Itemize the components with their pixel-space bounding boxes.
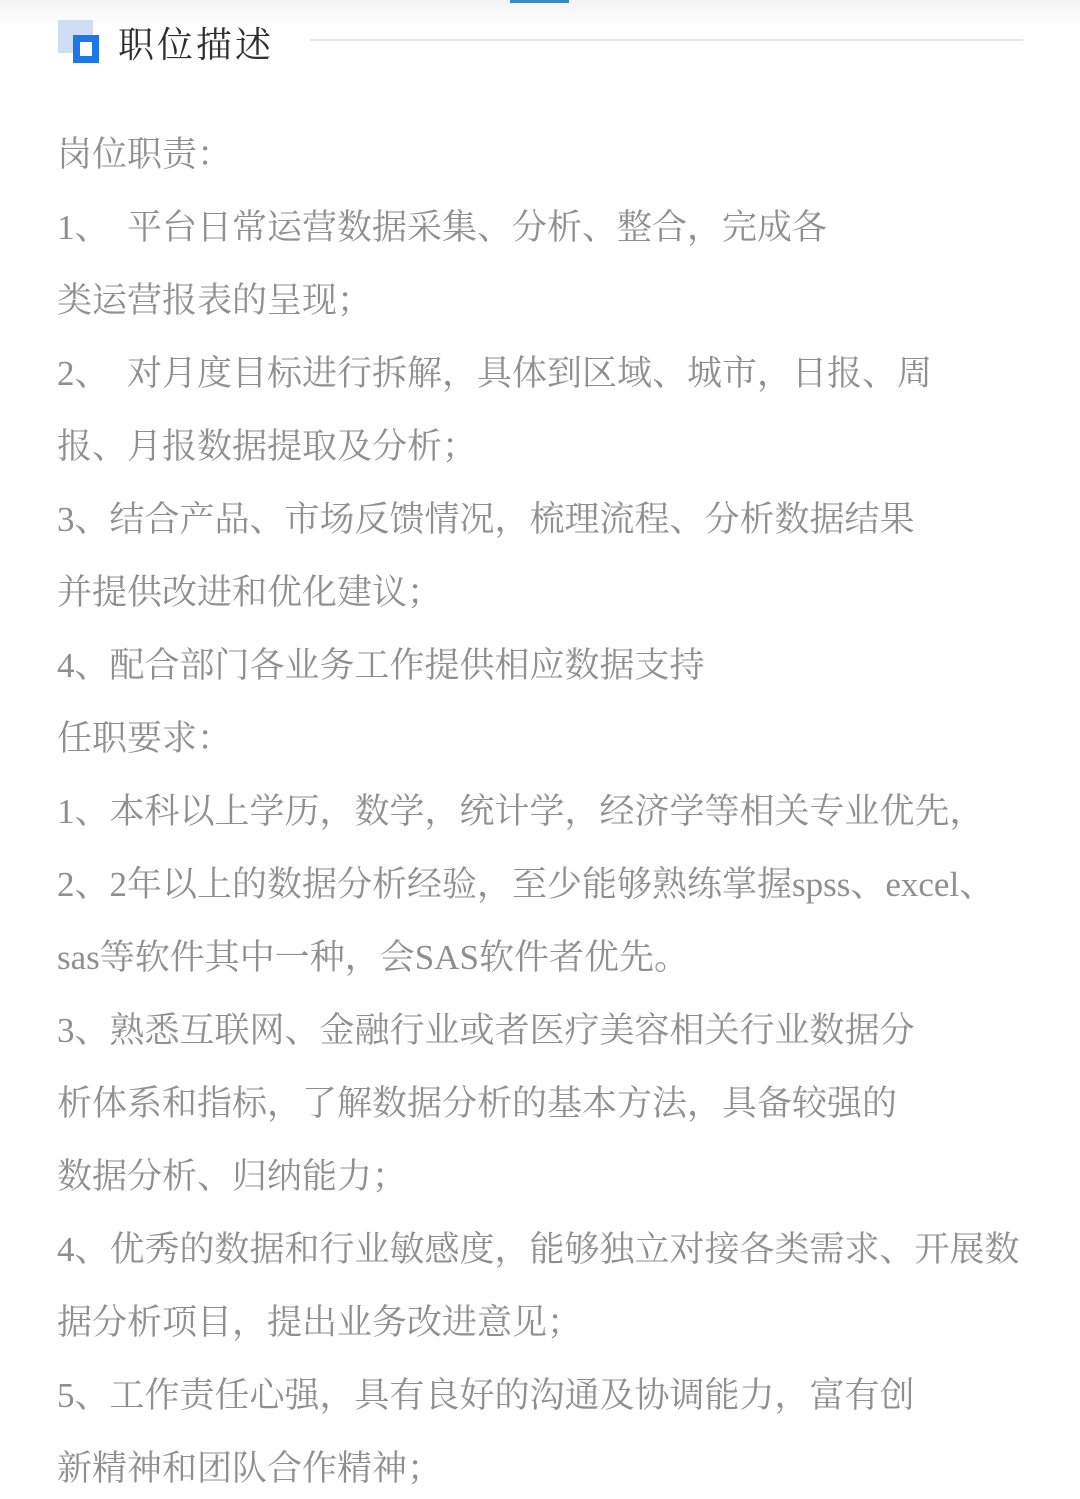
job-description-line: 3、结合产品、市场反馈情况，梳理流程、分析数据结果 — [57, 483, 1044, 556]
job-description-line: 4、优秀的数据和行业敏感度，能够独立对接各类需求、开展数 — [57, 1213, 1044, 1286]
job-description-line: 3、熟悉互联网、金融行业或者医疗美容相关行业数据分 — [57, 994, 1044, 1067]
job-description-line: 4、配合部门各业务工作提供相应数据支持 — [57, 629, 1044, 702]
job-description-line: 类运营报表的呈现； — [57, 264, 1044, 337]
jd-line-responsibilities-label: 岗位职责： — [57, 118, 1044, 191]
header-divider — [310, 39, 1023, 41]
jd-line-requirements-label: 任职要求： — [57, 702, 1044, 775]
job-description-line: 2、 对月度目标进行拆解，具体到区域、城市，日报、周 — [57, 337, 1044, 410]
job-description-line: 5、工作责任心强，具有良好的沟通及协调能力，富有创 — [57, 1359, 1044, 1432]
job-description-line: 数据分析、归纳能力； — [57, 1140, 1044, 1213]
job-description-line: 据分析项目，提出业务改进意见； — [57, 1286, 1044, 1359]
job-description-line: 报、月报数据提取及分析； — [57, 410, 1044, 483]
job-description-line: 1、 平台日常运营数据采集、分析、整合，完成各 — [57, 191, 1044, 264]
section-square-icon — [73, 35, 99, 63]
job-description-line: sas等软件其中一种，会SAS软件者优先。 — [57, 921, 1044, 994]
section-title: 职位描述 — [118, 24, 274, 66]
section-header: 职位描述 — [0, 0, 1080, 119]
job-description-line: 1、本科以上学历，数学，统计学，经济学等相关专业优先， — [57, 775, 1044, 848]
job-description-line: 新精神和团队合作精神； — [57, 1432, 1044, 1499]
job-description-line: 2、2年以上的数据分析经验，至少能够熟练掌握spss、excel、 — [57, 848, 1044, 921]
job-description-line: 并提供改进和优化建议； — [57, 556, 1044, 629]
job-description-line: 析体系和指标，了解数据分析的基本方法，具备较强的 — [57, 1067, 1044, 1140]
job-detail-page: 职位描述 岗位职责： 1、 平台日常运营数据采集、分析、整合，完成各 类运营报表… — [0, 0, 1080, 1499]
job-description-text: 岗位职责： 1、 平台日常运营数据采集、分析、整合，完成各 类运营报表的呈现； … — [57, 118, 1044, 1499]
